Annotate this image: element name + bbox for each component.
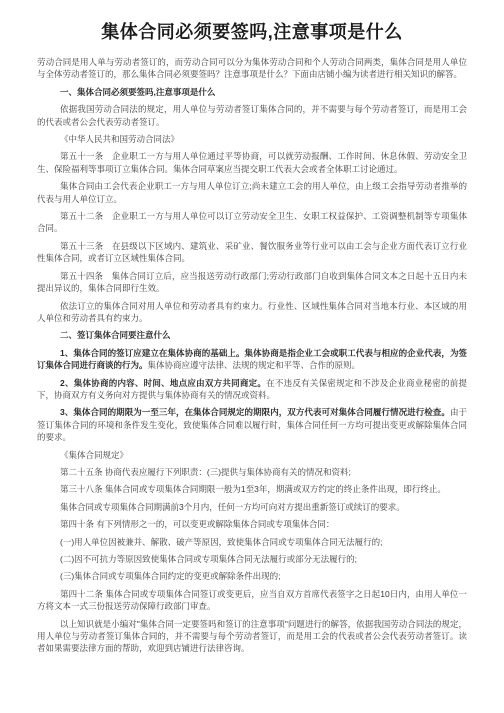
- paragraph: (一)用人单位因被兼并、解散、破产等原因，致使集体合同或专项集体合同无法履行的;: [37, 536, 467, 548]
- paragraph: 劳动合同是用人单与劳动者签订的，而劳动合同可以分为集体劳动合同和个人劳动合同两类…: [37, 56, 467, 81]
- body-text: 第五十三条 在县级以下区域内、建筑业、采矿业、餐饮服务业等行业可以由工会与企业方…: [37, 241, 467, 263]
- section-heading: 二、签订集体合同要注意什么: [37, 329, 467, 341]
- paragraph: 依法订立的集体合同对用人单位和劳动者具有约束力。行业性、区域性集体合同对当地本行…: [37, 300, 467, 325]
- article-page: 集体合同必须要签吗,注意事项是什么 劳动合同是用人单与劳动者签订的，而劳动合同可…: [0, 0, 504, 713]
- paragraph: 第四十二条 集体合同或专项集体合同签订或变更后，应当自双方首席代表签字之日起10…: [37, 588, 467, 613]
- body-text: 集体合同由工会代表企业职工一方与用人单位订立;尚未建立工会的用人单位，由上级工会…: [37, 181, 467, 203]
- bold-text: 2、集体协商的内容、时间、地点应由双方共同商定。: [60, 378, 266, 388]
- paragraph: 第二十五条 协商代表应履行下列职责：(三)提供与集体协商有关的情况和资料;: [37, 466, 467, 478]
- paragraph: (三)集体合同或专项集体合同约定的变更或解除条件出现的;: [37, 570, 467, 582]
- paragraph: 《集体合同规定》: [37, 449, 467, 461]
- body-text: 《集体合同规定》: [60, 450, 128, 460]
- paragraph: 第五十二条 企业职工一方与用人单位可以订立劳动安全卫生、女职工权益保护、工资调整…: [37, 210, 467, 235]
- paragraph: 第五十四条 集体合同订立后，应当报送劳动行政部门;劳动行政部门自收到集体合同文本…: [37, 270, 467, 295]
- body-text: 第三十八条 集体合同或专项集体合同期限一般为1至3年，期满或双方约定的终止条件出…: [60, 484, 446, 494]
- body-text: (一)用人单位因被兼并、解散、破产等原因，致使集体合同或专项集体合同无法履行的;: [60, 537, 383, 547]
- body-text: 依法订立的集体合同对用人单位和劳动者具有约束力。行业性、区域性集体合同对当地本行…: [37, 301, 467, 323]
- body-text: 第五十四条 集体合同订立后，应当报送劳动行政部门;劳动行政部门自收到集体合同文本…: [37, 271, 467, 293]
- body-text: 《中华人民共和国劳动合同法》: [60, 134, 179, 144]
- paragraph: 2、集体协商的内容、时间、地点应由双方共同商定。在不违反有关保密规定和不涉及企业…: [37, 377, 467, 402]
- bold-text: 一、集体合同必须要签吗,注意事项是什么: [60, 87, 215, 97]
- paragraph: 1、集体合同的签订应建立在集体协商的基础上。集体协商是指企业工会或职工代表与相应…: [37, 347, 467, 372]
- body-text: 第五十一条 企业职工一方与用人单位通过平等协商，可以就劳动报酬、工作时间、休息休…: [37, 151, 467, 173]
- paragraph: (二)因不可抗力等原因致使集体合同或专项集体合同无法履行或部分无法履行的;: [37, 553, 467, 565]
- body-text: 以上知识就是小编对"集体合同一定要签吗和签订的注意事项"问题进行的解答，依据我国…: [37, 619, 467, 654]
- article-body: 劳动合同是用人单与劳动者签订的，而劳动合同可以分为集体劳动合同和个人劳动合同两类…: [37, 56, 467, 655]
- body-text: 第五十二条 企业职工一方与用人单位可以订立劳动安全卫生、女职工权益保护、工资调整…: [37, 211, 467, 233]
- paragraph: 3、集体合同的期限为一至三年，在集体合同规定的期限内，双方代表可对集体合同履行情…: [37, 406, 467, 443]
- body-text: 劳动合同是用人单与劳动者签订的，而劳动合同可以分为集体劳动合同和个人劳动合同两类…: [37, 57, 467, 79]
- page-title: 集体合同必须要签吗,注意事项是什么: [37, 20, 467, 44]
- paragraph: 集体合同由工会代表企业职工一方与用人单位订立;尚未建立工会的用人单位，由上级工会…: [37, 180, 467, 205]
- body-text: (二)因不可抗力等原因致使集体合同或专项集体合同无法履行或部分无法履行的;: [60, 554, 357, 564]
- paragraph: 第五十三条 在县级以下区域内、建筑业、采矿业、餐饮服务业等行业可以由工会与企业方…: [37, 240, 467, 265]
- body-text: (三)集体合同或专项集体合同约定的变更或解除条件出现的;: [60, 571, 281, 581]
- body-text: 第四十条 有下列情形之一的，可以变更或解除集体合同或专项集体合同：: [60, 519, 334, 529]
- paragraph: 第三十八条 集体合同或专项集体合同期限一般为1至3年，期满或双方约定的终止条件出…: [37, 483, 467, 495]
- body-text: 依据我国劳动合同法的规定，用人单位与劳动者签订集体合同的，并不需要与每个劳动者签…: [37, 104, 467, 126]
- bold-text: 二、签订集体合同要注意什么: [60, 330, 171, 340]
- paragraph: 《中华人民共和国劳动合同法》: [37, 133, 467, 145]
- paragraph: 第四十条 有下列情形之一的，可以变更或解除集体合同或专项集体合同：: [37, 518, 467, 530]
- body-text: 第二十五条 协商代表应履行下列职责：(三)提供与集体协商有关的情况和资料;: [60, 467, 351, 477]
- body-text: 集体合同或专项集体合同期满前3个月内，任何一方均可向对方提出重新签订或续订的要求…: [60, 502, 405, 512]
- bold-text: 3、集体合同的期限为一至三年，在集体合同规定的期限内，双方代表可对集体合同履行情…: [60, 407, 450, 417]
- section-heading: 一、集体合同必须要签吗,注意事项是什么: [37, 86, 467, 98]
- body-text: 集体协商应遵守法律、法规的规定和平等、合作的原则。: [148, 360, 361, 370]
- paragraph: 以上知识就是小编对"集体合同一定要签吗和签订的注意事项"问题进行的解答，依据我国…: [37, 618, 467, 655]
- body-text: 第四十二条 集体合同或专项集体合同签订或变更后，应当自双方首席代表签字之日起10…: [37, 589, 467, 611]
- paragraph: 集体合同或专项集体合同期满前3个月内，任何一方均可向对方提出重新签订或续订的要求…: [37, 501, 467, 513]
- paragraph: 依据我国劳动合同法的规定，用人单位与劳动者签订集体合同的，并不需要与每个劳动者签…: [37, 103, 467, 128]
- paragraph: 第五十一条 企业职工一方与用人单位通过平等协商，可以就劳动报酬、工作时间、休息休…: [37, 150, 467, 175]
